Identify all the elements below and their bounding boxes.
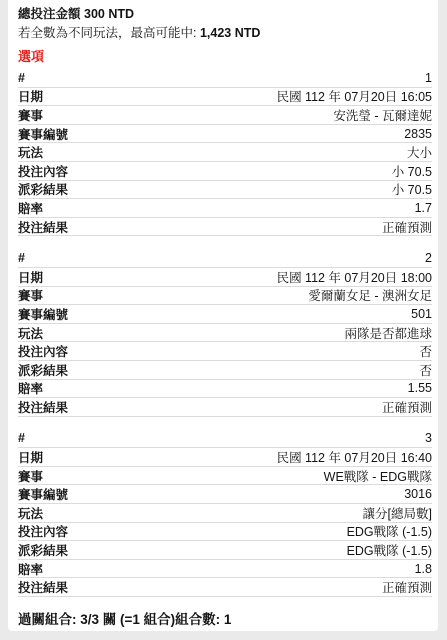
table-row-payout-result: 派彩結果EDG戰隊 (-1.5) [18,541,432,560]
table-row-match: 賽事安洗瑩 - 瓦爾達妮 [18,106,432,125]
table-row-play: 玩法兩隊是否都進球 [18,324,432,343]
row-label: 賽事 [18,467,43,485]
row-value: 小 70.5 [392,162,432,180]
row-value: 501 [411,307,432,321]
row-label: 賽事編號 [18,305,68,323]
selections-list: #1日期民國 112 年 07月20日 16:05賽事安洗瑩 - 瓦爾達妮賽事編… [18,69,432,597]
table-row-bet-content: 投注內容否 [18,342,432,361]
row-label: 日期 [18,448,43,466]
row-value: 正確預測 [382,218,432,236]
row-label: 日期 [18,87,43,105]
row-value: 小 70.5 [392,180,432,198]
row-label: 投注內容 [18,162,68,180]
selection-card: #1日期民國 112 年 07月20日 16:05賽事安洗瑩 - 瓦爾達妮賽事編… [18,69,432,236]
row-value: 1.7 [415,201,432,215]
row-label: # [18,251,25,265]
row-value: 否 [419,342,432,360]
row-label: 賠率 [18,560,43,578]
row-label: 日期 [18,268,43,286]
total-stake-line: 總投注金額 300 NTD [18,5,432,24]
row-value: 愛爾蘭女足 - 澳洲女足 [308,286,432,304]
row-label: 賽事編號 [18,485,68,503]
row-label: 賠率 [18,379,43,397]
row-label: 賽事 [18,106,43,124]
row-value: 安洗瑩 - 瓦爾達妮 [333,106,432,124]
table-row-odds: 賠率1.55 [18,380,432,399]
table-row-bet-result: 投注結果正確預測 [18,578,432,597]
options-heading: 選項 [18,47,432,67]
row-value: 大小 [407,143,432,161]
table-row-match-id: 賽事編號3016 [18,485,432,504]
row-value: 2 [425,251,432,265]
table-row-odds: 賠率1.7 [18,199,432,218]
row-label: # [18,71,25,85]
row-value: 正確預測 [382,398,432,416]
table-row-date: 日期民國 112 年 07月20日 16:40 [18,448,432,467]
max-win-value: 1,423 NTD [200,26,260,40]
table-row-bet-content: 投注內容EDG戰隊 (-1.5) [18,523,432,542]
selection-card: #3日期民國 112 年 07月20日 16:40賽事WE戰隊 - EDG戰隊賽… [18,430,432,597]
table-row-odds: 賠率1.8 [18,560,432,579]
table-row-bet-result: 投注結果正確預測 [18,398,432,417]
row-value: EDG戰隊 (-1.5) [347,541,432,559]
row-label: 玩法 [18,143,43,161]
table-row-date: 日期民國 112 年 07月20日 16:05 [18,88,432,107]
table-row-play: 玩法大小 [18,143,432,162]
max-win-line: 若全數為不同玩法，最高可能中: 1,423 NTD [18,24,432,43]
table-row-date: 日期民國 112 年 07月20日 18:00 [18,268,432,287]
row-label: 派彩結果 [18,541,68,559]
row-value: 讓分[總局數] [363,504,432,522]
row-value: 1.8 [415,562,432,576]
row-label: # [18,431,25,445]
bet-slip-card: 總投注金額 300 NTD 若全數為不同玩法，最高可能中: 1,423 NTD … [8,0,438,631]
row-value: EDG戰隊 (-1.5) [347,522,432,540]
max-win-label: 若全數為不同玩法，最高可能中: [18,26,196,40]
row-value: 兩隊是否都進球 [344,324,432,342]
row-value: 3 [425,431,432,445]
table-row-match-id: 賽事編號501 [18,305,432,324]
row-value: WE戰隊 - EDG戰隊 [324,467,432,485]
table-row-index: #3 [18,430,432,449]
table-row-payout-result: 派彩結果小 70.5 [18,181,432,200]
row-value: 2835 [404,127,432,141]
selection-card: #2日期民國 112 年 07月20日 18:00賽事愛爾蘭女足 - 澳洲女足賽… [18,249,432,416]
row-label: 投注內容 [18,342,68,360]
row-label: 投注內容 [18,522,68,540]
row-value: 1 [425,71,432,85]
row-label: 投注結果 [18,398,68,416]
row-value: 3016 [404,487,432,501]
row-label: 派彩結果 [18,361,68,379]
table-row-match: 賽事愛爾蘭女足 - 澳洲女足 [18,287,432,306]
row-label: 玩法 [18,324,43,342]
row-value: 民國 112 年 07月20日 16:40 [277,448,432,466]
row-label: 賠率 [18,199,43,217]
row-label: 投注結果 [18,218,68,236]
row-label: 賽事 [18,286,43,304]
total-stake-label: 總投注金額 [18,7,81,21]
row-value: 民國 112 年 07月20日 16:05 [277,87,432,105]
row-label: 派彩結果 [18,180,68,198]
total-stake-value: 300 NTD [84,7,134,21]
parlay-combo-summary: 過關組合: 3/3 關 (=1 組合)組合數: 1 [18,610,432,630]
table-row-match: 賽事WE戰隊 - EDG戰隊 [18,467,432,486]
row-value: 民國 112 年 07月20日 18:00 [277,268,432,286]
table-row-index: #2 [18,249,432,268]
table-row-payout-result: 派彩結果否 [18,361,432,380]
table-row-play: 玩法讓分[總局數] [18,504,432,523]
table-row-bet-result: 投注結果正確預測 [18,218,432,237]
table-row-match-id: 賽事編號2835 [18,125,432,144]
table-row-index: #1 [18,69,432,88]
row-label: 投注結果 [18,578,68,596]
table-row-bet-content: 投注內容小 70.5 [18,162,432,181]
row-label: 玩法 [18,504,43,522]
row-label: 賽事編號 [18,125,68,143]
row-value: 1.55 [408,381,432,395]
row-value: 否 [419,361,432,379]
row-value: 正確預測 [382,578,432,596]
